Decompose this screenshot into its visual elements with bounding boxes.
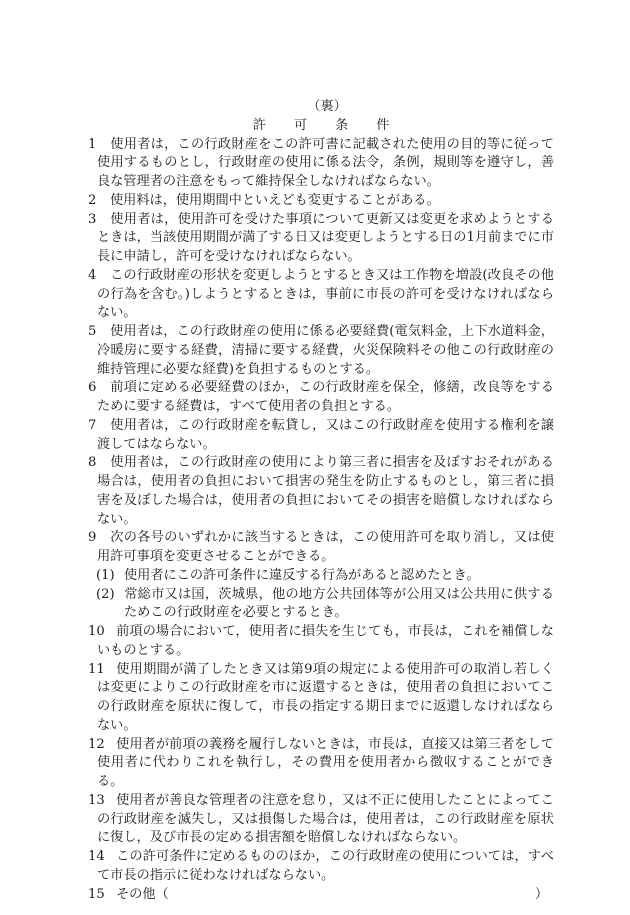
side-label: （裏） [88,98,554,117]
clause-15-other: 15その他（ ） [88,886,554,905]
clause-13: 13使用者が善良な管理者の注意を怠り，又は不正に使用したことによってこの行政財産… [88,792,554,848]
clause-2: 2使用料は，使用期間中といえども変更することがある。 [88,192,554,211]
clause-9: 9次の各号のいずれかに該当するときは，この使用許可を取り消し，又は使用許可事項を… [88,529,554,567]
clause-11: 11使用期間が満了したとき又は第9項の規定による使用許可の取消し若しくは変更によ… [88,661,554,736]
title-char: 件 [376,117,389,136]
clause-9-item-1: (1)使用者にこの許可条件に違反する行為があると認めたとき。 [88,567,554,586]
clause-1: 1使用者は，この行政財産をこの許可書に記載された使用の目的等に従って使用するもの… [88,136,554,192]
clause-7: 7使用者は，この行政財産を転貸し，又はこの行政財産を使用する権利を譲渡してはなら… [88,417,554,455]
clause-9-item-2: (2)常総市又は国，茨城県，他の地方公共団体等が公用又は公共用に供するためこの行… [88,586,554,624]
clause-5: 5使用者は，この行政財産の使用に係る必要経費(電気料金，上下水道料金，冷暖房に要… [88,323,554,379]
clause-10: 10前項の場合において，使用者に損失を生じても，市長は，これを補償しないものとす… [88,623,554,661]
title-char: 可 [294,117,307,136]
page-title: 許可条件 [88,117,554,136]
title-char: 条 [335,117,348,136]
clause-12: 12使用者が前項の義務を履行しないときは，市長は，直接又は第三者をして使用者に代… [88,736,554,792]
permit-conditions-page: （裏） 許可条件 1使用者は，この行政財産をこの許可書に記載された使用の目的等に… [88,98,554,904]
clause-8: 8使用者は，この行政財産の使用により第三者に損害を及ぼすおそれがある場合は，使用… [88,454,554,529]
other-label: 15その他（ [88,886,169,905]
clause-6: 6前項に定める必要経費のほか，この行政財産を保全，修繕，改良等をするために要する… [88,379,554,417]
clause-3: 3使用者は，使用許可を受けた事項について更新又は変更を求めようとするときは，当該… [88,211,554,267]
clause-14: 14この許可条件に定めるもののほか，この行政財産の使用については，すべて市長の指… [88,848,554,886]
title-char: 許 [253,117,266,136]
clause-4: 4この行政財産の形状を変更しようとするとき又は工作物を増設(改良その他の行為を含… [88,267,554,323]
other-close-paren: ） [535,886,548,905]
